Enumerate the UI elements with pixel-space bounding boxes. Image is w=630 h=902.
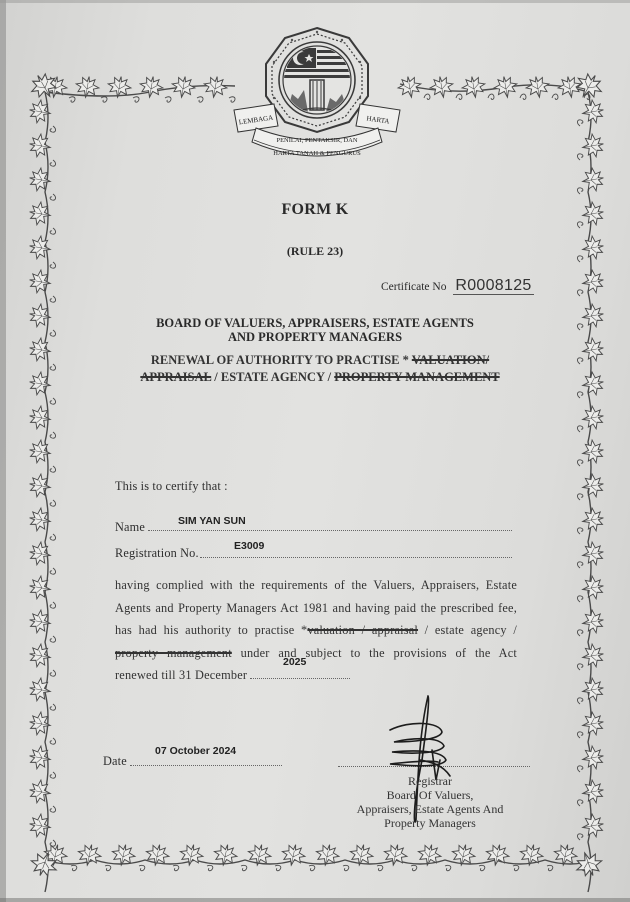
board-heading: BOARD OF VALUERS, APPRAISERS, ESTATE AGE…: [0, 316, 630, 344]
paragraph-line-4: property management under and subject to…: [115, 642, 517, 665]
line4-struck: property management: [115, 646, 232, 660]
paragraph-line-1: having complied with the requirements of…: [115, 574, 517, 597]
line3-struck: valuation / appraisal: [307, 623, 418, 637]
paragraph-line-2: Agents and Property Managers Act 1981 an…: [115, 597, 517, 620]
certificate-number-value: R0008125: [453, 277, 533, 295]
renewal-middle: / ESTATE AGENCY /: [211, 370, 334, 384]
renewal-heading: RENEWAL OF AUTHORITY TO PRACTISE * VALUA…: [130, 352, 510, 386]
form-title: FORM K: [0, 201, 630, 219]
board-heading-line2: AND PROPERTY MANAGERS: [0, 330, 630, 344]
renewal-prefix: RENEWAL OF AUTHORITY TO PRACTISE *: [151, 353, 412, 367]
certificate-number-row: Certificate No R0008125: [381, 277, 534, 295]
form-rule: (RULE 23): [0, 244, 630, 259]
board-heading-line1: BOARD OF VALUERS, APPRAISERS, ESTATE AGE…: [0, 316, 630, 330]
line3-prefix: has had his authority to practise *: [115, 623, 307, 637]
date-dotted-line: [130, 757, 282, 766]
board-crest-logo: LEMBAGA HARTA PENILAI, PENTAKSIR, DAN HA…: [232, 24, 402, 169]
registrar-block: Registrar Board Of Valuers, Appraisers, …: [340, 774, 520, 830]
line4-suffix: under and subject to the provisions of t…: [232, 646, 517, 660]
paragraph-line-3: has had his authority to practise *valua…: [115, 619, 517, 642]
certify-intro: This is to certify that :: [115, 479, 228, 494]
renewal-struck-appraisal: APPRAISAL: [140, 370, 211, 384]
renewal-struck-property-management: PROPERTY MANAGEMENT: [334, 370, 499, 384]
renewed-till-label: renewed till 31 December: [115, 668, 247, 682]
crest-banner-lower-2: HARTA TANAH & PENGURUS: [273, 150, 361, 157]
registrar-title: Registrar: [340, 774, 520, 788]
registrar-line-2: Board Of Valuers,: [340, 788, 520, 802]
renewal-year-value: 2025: [283, 656, 306, 668]
registrar-line-4: Property Managers: [340, 816, 520, 830]
registration-value: E3009: [234, 540, 264, 552]
line3-suffix: / estate agency /: [418, 623, 517, 637]
name-label: Name: [115, 520, 145, 535]
crest-banner-lower-1: PENILAI, PENTAKSIR, DAN: [276, 137, 357, 144]
year-dotted-line: [250, 670, 350, 679]
paragraph-line-5: renewed till 31 December: [115, 664, 517, 687]
registration-label: Registration No.: [115, 546, 199, 561]
renewal-struck-valuation: VALUATION/: [412, 353, 489, 367]
name-value: SIM YAN SUN: [178, 515, 246, 527]
certification-paragraph: having complied with the requirements of…: [115, 574, 517, 687]
date-value: 07 October 2024: [155, 745, 236, 757]
certificate-number-label: Certificate No: [381, 281, 446, 293]
registrar-line-3: Appraisers, Estate Agents And: [340, 802, 520, 816]
date-label: Date: [103, 754, 127, 769]
